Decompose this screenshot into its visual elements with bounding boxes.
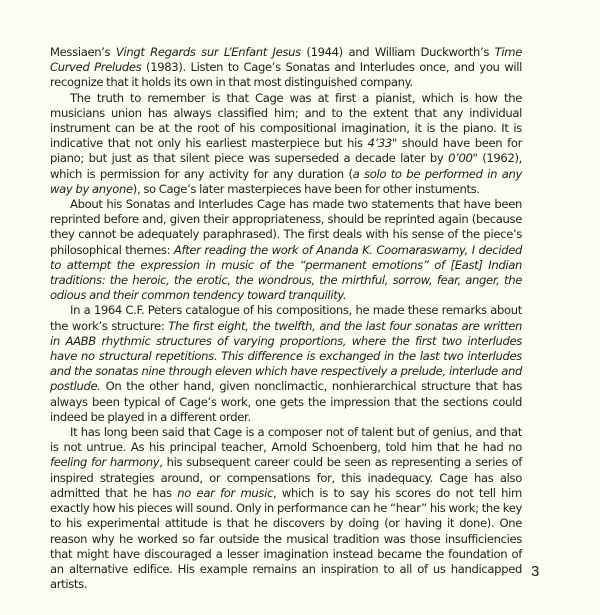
text-run: It has long been said that Cage is a com… (50, 425, 522, 454)
paragraph-5: It has long been said that Cage is a com… (50, 425, 522, 592)
text-run: On the other hand, given nonclimactic, n… (50, 379, 522, 423)
text-run: ), so Cage’s later masterpieces have bee… (133, 182, 480, 196)
paragraph-4: In a 1964 C.F. Peters catalogue of his c… (50, 303, 522, 425)
paragraph-2: The truth to remember is that Cage was a… (50, 91, 522, 197)
page-number: 3 (531, 563, 539, 580)
document-body: Messiaen’s Vingt Regards sur L’Enfant Je… (50, 45, 522, 592)
text-run: , which is to say his scores do not tell… (50, 486, 522, 591)
paragraph-3: About his Sonatas and Interludes Cage ha… (50, 197, 522, 303)
text-run: Messiaen’s (50, 45, 116, 59)
italic-text: feeling for harmony (50, 455, 159, 469)
italic-text: 4’33" (367, 136, 396, 150)
paragraph-1: Messiaen’s Vingt Regards sur L’Enfant Je… (50, 45, 522, 91)
italic-text: 0’00" (448, 151, 477, 165)
text-run: (1944) and William Duckworth’s (301, 45, 495, 59)
italic-text: no ear for music (177, 486, 273, 500)
italic-text: Vingt Regards sur L’Enfant Jesus (116, 45, 301, 59)
